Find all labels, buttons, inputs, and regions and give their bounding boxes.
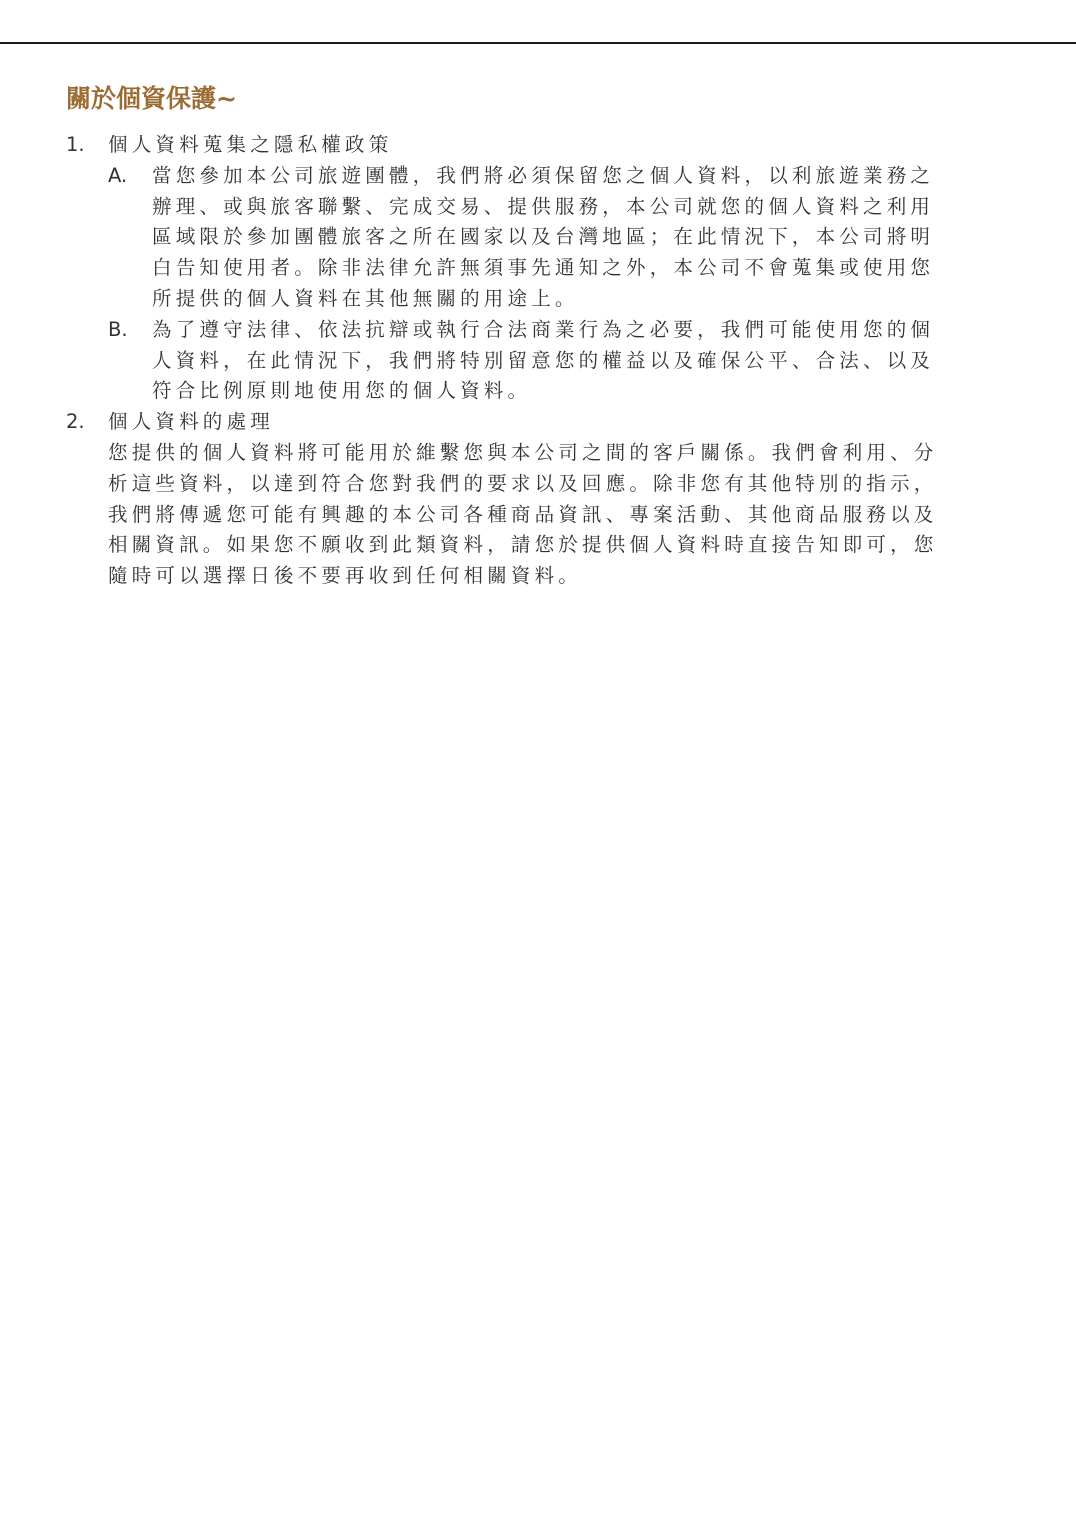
paragraph-line: 我們將傳遞您可能有興趣的本公司各種商品資訊、專案活動、其他商品服務以及 (108, 500, 998, 531)
paragraph-line: 相關資訊。如果您不願收到此類資料，請您於提供個人資料時直接告知即可，您 (108, 530, 998, 561)
paragraph-line: 人資料，在此情況下，我們將特別留意您的權益以及確保公平、合法、以及 (152, 346, 988, 377)
page-title: 關於個資保護~ (66, 82, 237, 116)
paragraph-line: 您提供的個人資料將可能用於維繫您與本公司之間的客戶關係。我們會利用、分 (108, 438, 998, 469)
paragraph-line: 所提供的個人資料在其他無關的用途上。 (152, 284, 988, 315)
section-number: 1. (66, 130, 85, 161)
section-heading: 個人資料的處理 (66, 407, 996, 438)
subitem-letter: A. (108, 161, 127, 192)
subitem-letter: B. (108, 315, 128, 346)
section-1: 1. 個人資料蒐集之隱私權政策 A. 當您參加本公司旅遊團體，我們將必須保留您之… (66, 130, 996, 407)
top-divider (0, 42, 1076, 44)
subitem-a: A. 當您參加本公司旅遊團體，我們將必須保留您之個人資料，以利旅遊業務之 辦理、… (66, 161, 988, 315)
privacy-content: 1. 個人資料蒐集之隱私權政策 A. 當您參加本公司旅遊團體，我們將必須保留您之… (66, 130, 996, 592)
section-2: 2. 個人資料的處理 您提供的個人資料將可能用於維繫您與本公司之間的客戶關係。我… (66, 407, 996, 592)
paragraph-line: 當您參加本公司旅遊團體，我們將必須保留您之個人資料，以利旅遊業務之 (152, 161, 988, 192)
paragraph-line: 白告知使用者。除非法律允許無須事先通知之外，本公司不會蒐集或使用您 (152, 253, 988, 284)
paragraph-line: 為了遵守法律、依法抗辯或執行合法商業行為之必要，我們可能使用您的個 (152, 315, 988, 346)
subitem-b: B. 為了遵守法律、依法抗辯或執行合法商業行為之必要，我們可能使用您的個 人資料… (66, 315, 988, 407)
section-number: 2. (66, 407, 85, 438)
paragraph-line: 符合比例原則地使用您的個人資料。 (152, 376, 988, 407)
paragraph-line: 隨時可以選擇日後不要再收到任何相關資料。 (108, 561, 998, 592)
section-heading: 個人資料蒐集之隱私權政策 (66, 130, 996, 161)
paragraph-line: 析這些資料，以達到符合您對我們的要求以及回應。除非您有其他特別的指示， (108, 469, 998, 500)
paragraph-line: 區域限於參加團體旅客之所在國家以及台灣地區；在此情況下，本公司將明 (152, 222, 988, 253)
section-paragraph: 您提供的個人資料將可能用於維繫您與本公司之間的客戶關係。我們會利用、分 析這些資… (66, 438, 998, 592)
paragraph-line: 辦理、或與旅客聯繫、完成交易、提供服務，本公司就您的個人資料之利用 (152, 192, 988, 223)
